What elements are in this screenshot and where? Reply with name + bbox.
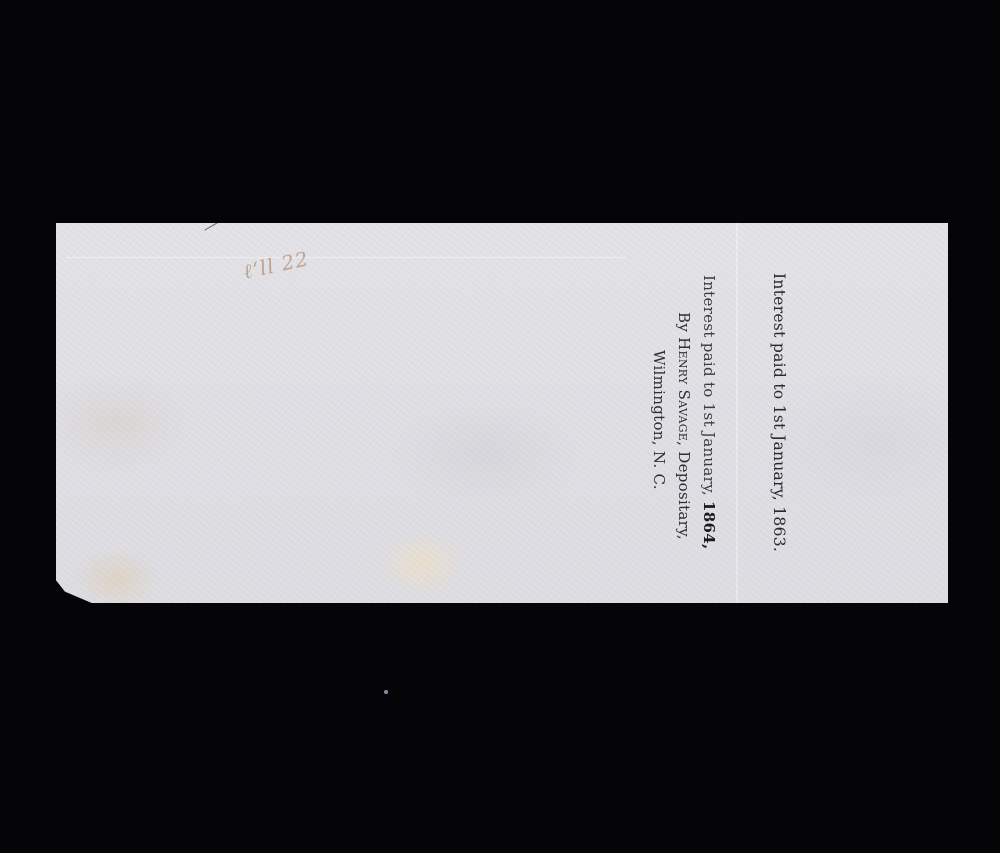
paper-crease (66, 257, 626, 258)
depositary-stamp: By Henry Savage, Depositary, (675, 312, 693, 540)
location-stamp: Wilmington, N. C. (650, 350, 668, 490)
depositary-name: Henry Savage (675, 337, 693, 441)
interest-stamp-1864-text: Interest paid to 1st January, (700, 275, 718, 501)
interest-stamp-1864: Interest paid to 1st January, 1864, (700, 275, 718, 550)
interest-stamp-1864-year: 1864, (700, 501, 718, 549)
paper-tear-mark (204, 222, 223, 240)
photo-background: ℓ‘ll 22 Interest paid to 1st January, 18… (0, 0, 1000, 853)
bond-paper (56, 223, 948, 603)
paper-fold-line (736, 223, 738, 603)
depositary-suffix: , Depositary, (675, 441, 693, 540)
interest-stamp-1863: Interest paid to 1st January, 1863. (770, 273, 788, 552)
dust-speck (384, 690, 388, 694)
depositary-by: By (675, 312, 693, 337)
